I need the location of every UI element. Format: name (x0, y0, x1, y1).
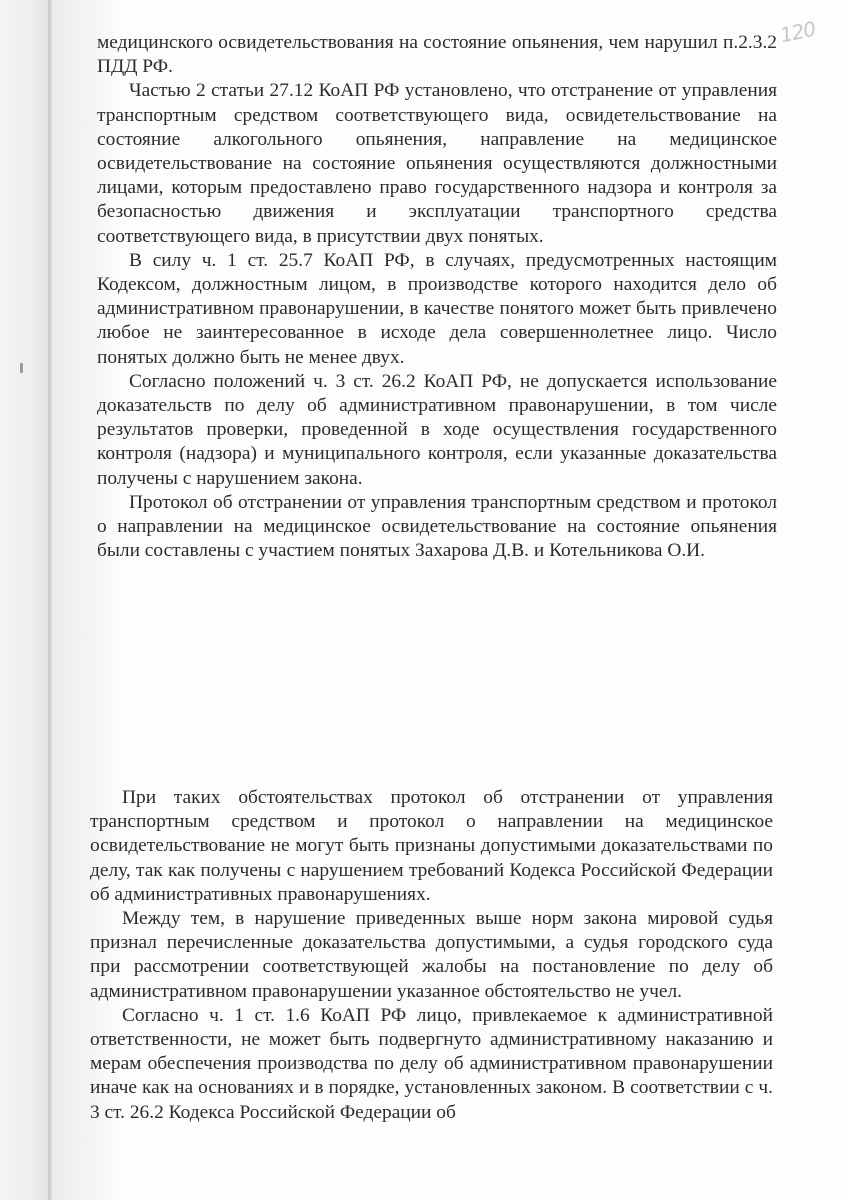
handwritten-page-number: 120 (778, 17, 817, 48)
paragraph: Согласно положений ч. 3 ст. 26.2 КоАП РФ… (97, 370, 777, 491)
scan-gutter (0, 0, 50, 1200)
paragraph: Согласно ч. 1 ст. 1.6 КоАП РФ лицо, прив… (90, 1004, 773, 1125)
paragraph: В силу ч. 1 ст. 25.7 КоАП РФ, в случаях,… (97, 249, 777, 370)
paragraph: При таких обстоятельствах протокол об от… (90, 786, 773, 907)
document-section-bottom: При таких обстоятельствах протокол об от… (90, 786, 773, 1125)
scan-mark (20, 363, 23, 373)
paragraph: Протокол об отстранении от управления тр… (97, 491, 777, 564)
paragraph: Между тем, в нарушение приведенных выше … (90, 907, 773, 1004)
paragraph: Частью 2 статьи 27.12 КоАП РФ установлен… (97, 79, 777, 248)
paragraph: медицинского освидетельствования на сост… (97, 31, 777, 79)
document-section-top: медицинского освидетельствования на сост… (97, 31, 777, 563)
